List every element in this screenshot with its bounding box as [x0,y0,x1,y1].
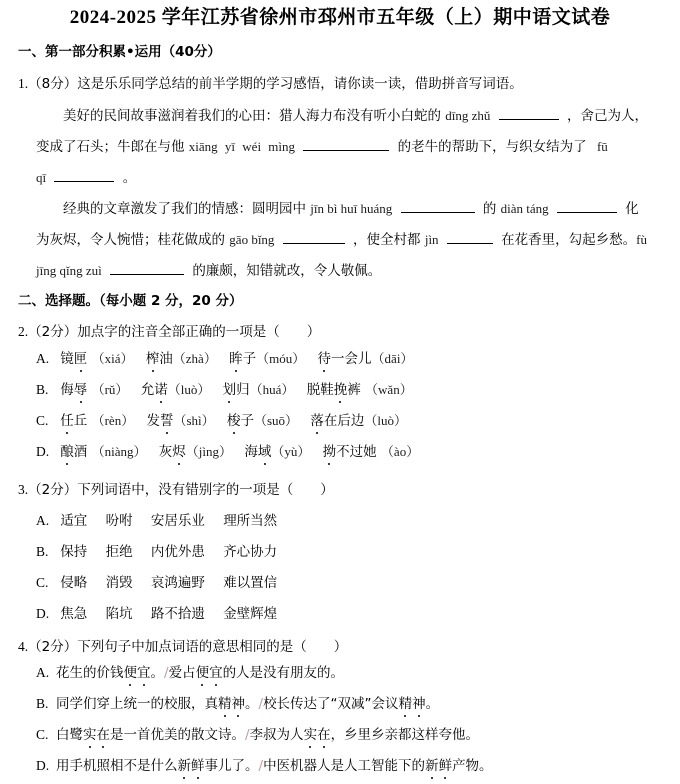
answer-blank[interactable] [499,106,559,120]
dotted-word: 便宜 [196,665,223,681]
text-segment: 花生的价钱 [56,665,124,681]
pinyin: xiāng yī wéi mìng [189,139,295,154]
word: 理所当然 [223,513,277,529]
text-segment: 。 [426,696,440,712]
question-score: （2分） [28,482,77,498]
text-segment: 。 [151,665,165,681]
question-number: 2. [18,324,28,339]
word: 焦急 [60,606,87,622]
option-item: 脱鞋挽裤 （wǎn） [307,382,413,398]
pinyin: gāo bǐng [229,232,274,247]
word: 消毁 [106,575,133,591]
q3-option-d[interactable]: D. 焦急 陷坑 路不拾遗 金壁辉煌 [36,605,277,623]
question-2-prompt: 2.（2分）加点字的注音全部正确的一项是（ ） [18,323,320,341]
text-segment: 变成了石头；牛郎在与他 [36,139,185,155]
text-segment: 的 [483,201,497,217]
text-segment: ，舍己为人， [567,108,648,124]
text-segment: 。 [123,170,137,186]
dotted-word: 实在 [304,727,331,743]
text-segment: 的人是没有朋友的。 [223,665,345,681]
answer-blank[interactable] [283,230,345,244]
option-letter: D. [36,443,56,461]
q3-option-c[interactable]: C. 侵略 消毁 哀鸿遍野 难以置信 [36,574,277,592]
option-item: 划归（huá） [223,382,295,398]
q3-option-a[interactable]: A. 适宜 吩咐 安居乐业 理所当然 [36,512,277,530]
option-letter: B. [36,695,56,713]
option-item: 眸子（móu） [229,351,305,367]
q4-option-a[interactable]: A.花生的价钱便宜。/爱占便宜的人是没有朋友的。 [36,664,344,682]
pinyin: fù [636,232,647,247]
word: 保持 [60,544,87,560]
word: 金壁辉煌 [223,606,277,622]
q1-p2-line2: 为灰烬，令人惋惜；桂花做成的 gāo bǐng ，使全村都 jìn 在花香里，勾… [36,230,647,249]
option-item: 允诺（luò） [141,382,211,398]
q2-option-b[interactable]: B. 侮辱 （rǔ） 允诺（luò） 划归（huá） 脱鞋挽裤 （wǎn） [36,381,413,399]
text-segment: ，使全村都 [353,232,421,248]
pinyin: qī [36,170,46,185]
option-letter: C. [36,726,56,744]
pinyin: fū [597,139,608,154]
text-segment: 中医机器人是人工智能下的 [263,758,425,774]
pinyin: jìn [425,232,439,247]
option-item: 酿酒 （niàng） [60,444,146,460]
word: 路不拾遗 [151,606,205,622]
option-item: 落在后边（luò） [310,413,407,429]
option-letter: B. [36,381,56,399]
q1-p1-line1: 美好的民间故事滋润着我们的心田：猎人海力布没有听小白蛇的 dīng zhǔ ，舍… [63,106,648,125]
option-letter: A. [36,512,56,530]
section-heading-1: 一、第一部分积累•运用（40分） [18,43,221,61]
dotted-word: 精神 [399,696,426,712]
question-number: 3. [18,482,28,497]
word: 齐心协力 [223,544,277,560]
q4-option-c[interactable]: C.白鹭实在是一首优美的散文诗。/李叔为人实在，乡里乡亲都这样夸他。 [36,726,479,744]
option-letter: C. [36,412,56,430]
option-item: 灰烬（jìng） [159,444,232,460]
q1-p1-line3: qī 。 [36,168,136,187]
text-segment: 的廉颇，知错就改，令人敬佩。 [192,263,381,279]
answer-blank[interactable] [401,199,475,213]
option-item: 镜匣 （xiá） [60,351,133,367]
option-item: 海域（yù） [244,444,310,460]
question-text: 这是乐乐同学总结的前半学期的学习感悟，请你读一读，借助拼音写词语。 [77,76,523,92]
dotted-word: 新鲜 [178,758,205,774]
q3-option-b[interactable]: B. 保持 拒绝 内优外患 齐心协力 [36,543,277,561]
question-text: 下列词语中，没有错别字的一项是（ ） [77,482,334,498]
text-segment: 用手机照相不是什么 [56,758,178,774]
text-segment: 经典的文章激发了我们的情感：圆明园中 [63,201,306,217]
question-4-prompt: 4.（2分）下列句子中加点词语的意思相同的是（ ） [18,638,347,656]
option-item: 发誓（shì） [147,413,215,429]
q2-option-c[interactable]: C. 任丘 （rèn） 发誓（shì） 梭子（suō） 落在后边（luò） [36,412,407,430]
section-heading-2: 二、选择题。（每小题 2 分，20 分） [18,292,243,310]
dotted-word: 便宜 [124,665,151,681]
text-segment: 李叔为人 [250,727,304,743]
pinyin: jīn bì huī huáng [310,201,392,216]
question-score: （2分） [28,324,77,340]
pinyin: diàn táng [501,201,549,216]
word: 难以置信 [223,575,277,591]
option-item: 任丘 （rèn） [60,413,134,429]
q1-p2-line1: 经典的文章激发了我们的情感：圆明园中 jīn bì huī huáng 的 di… [63,199,639,218]
text-segment: 。 [245,696,259,712]
answer-blank[interactable] [303,137,389,151]
word: 拒绝 [106,544,133,560]
page-title: 2024-2025 学年江苏省徐州市邳州市五年级（上）期中语文试卷 [0,5,680,31]
word: 内优外患 [151,544,205,560]
question-text: 加点字的注音全部正确的一项是（ ） [77,324,320,340]
q4-option-d[interactable]: D.用手机照相不是什么新鲜事儿了。/中医机器人是人工智能下的新鲜产物。 [36,757,493,775]
text-segment: 事儿了。 [205,758,259,774]
question-3-prompt: 3.（2分）下列词语中，没有错别字的一项是（ ） [18,481,334,499]
text-segment: 美好的民间故事滋润着我们的心田：猎人海力布没有听小白蛇的 [63,108,441,124]
option-item: 侮辱 （rǔ） [60,382,128,398]
text-segment: 在花香里，勾起乡愁。 [501,232,636,248]
answer-blank[interactable] [54,168,114,182]
word: 侵略 [60,575,87,591]
question-text: 下列句子中加点词语的意思相同的是（ ） [77,639,347,655]
question-number: 1. [18,76,28,91]
pinyin: dīng zhǔ [445,108,490,123]
word: 吩咐 [106,513,133,529]
text-segment: ，乡里乡亲都这样夸他。 [331,727,480,743]
question-score: （8分） [28,76,77,92]
option-letter: B. [36,543,56,561]
pinyin: jīng qǐng zuì [36,263,102,278]
answer-blank[interactable] [447,230,493,244]
option-item: 拗不过她 （ào） [323,444,420,460]
option-item: 榨油（zhà） [146,351,217,367]
option-item: 待一会儿（dāi） [318,351,414,367]
answer-blank[interactable] [110,261,184,275]
text-segment: 为灰烬，令人惋惜；桂花做成的 [36,232,225,248]
text-segment: 的老牛的帮助下，与织女结为了 [398,139,587,155]
question-number: 4. [18,639,28,654]
question-score: （2分） [28,639,77,655]
option-letter: A. [36,664,56,682]
option-letter: D. [36,605,56,623]
dotted-word: 新鲜 [425,758,452,774]
question-1-prompt: 1.（8分）这是乐乐同学总结的前半学期的学习感悟，请你读一读，借助拼音写词语。 [18,75,523,93]
option-item: 梭子（suō） [227,413,298,429]
text-segment: 产物。 [452,758,493,774]
option-letter: C. [36,574,56,592]
q1-p2-line3: jīng qǐng zuì 的廉颇，知错就改，令人敬佩。 [36,261,381,280]
dotted-word: 精神 [218,696,245,712]
option-letter: D. [36,757,56,775]
q4-option-b[interactable]: B.同学们穿上统一的校服，真精神。/校长传达了“双减”会议精神。 [36,695,439,713]
dotted-word: 实在 [83,727,110,743]
word: 安居乐业 [151,513,205,529]
word: 适宜 [60,513,87,529]
text-segment: 化 [625,201,639,217]
text-segment: 爱占 [169,665,196,681]
text-segment: 同学们穿上统一的校服，真 [56,696,218,712]
word: 陷坑 [106,606,133,622]
q2-option-d[interactable]: D. 酿酒 （niàng） 灰烬（jìng） 海域（yù） 拗不过她 （ào） [36,443,419,461]
exam-page: 2024-2025 学年江苏省徐州市邳州市五年级（上）期中语文试卷 一、第一部分… [0,0,680,784]
q2-option-a[interactable]: A. 镜匣 （xiá） 榨油（zhà） 眸子（móu） 待一会儿（dāi） [36,350,413,368]
text-segment: 校长传达了“双减”会议 [263,696,399,712]
option-letter: A. [36,350,56,368]
text-segment: 白鹭 [56,727,83,743]
q1-p1-line2: 变成了石头；牛郎在与他 xiāng yī wéi mìng 的老牛的帮助下，与织… [36,137,608,156]
word: 哀鸿遍野 [151,575,205,591]
text-segment: 是一首优美的散文诗。 [110,727,245,743]
answer-blank[interactable] [557,199,617,213]
